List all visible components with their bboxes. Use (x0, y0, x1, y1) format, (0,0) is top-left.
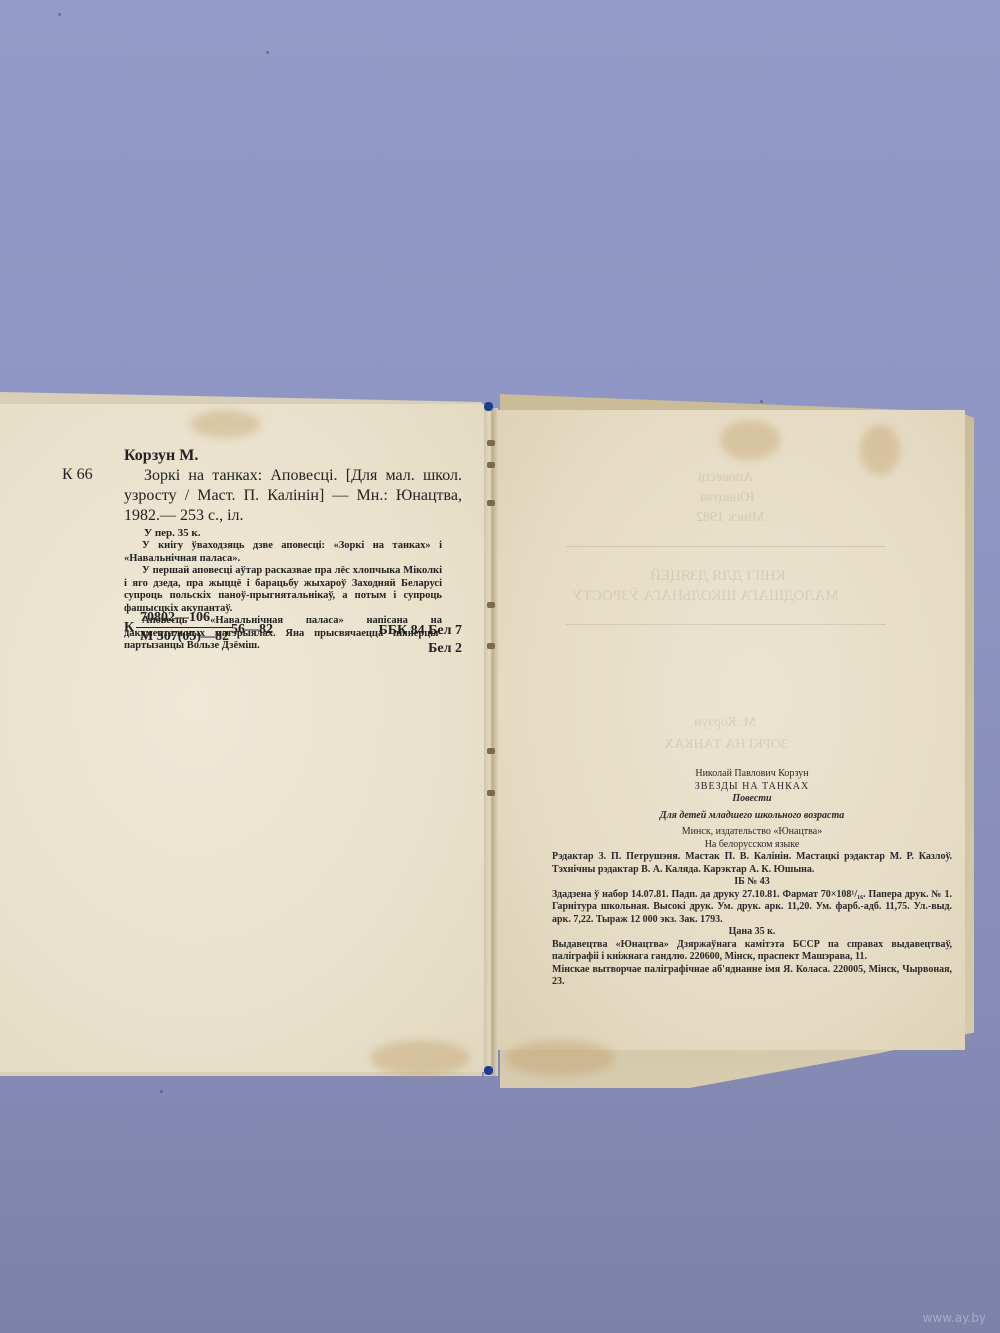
bleed-through-rule (566, 546, 886, 547)
dust-speck (160, 1090, 163, 1093)
colophon-price: Цана 35 к. (552, 926, 952, 939)
dust-speck (266, 51, 269, 54)
stitch (487, 462, 495, 468)
code-series: 56—82 (231, 622, 273, 638)
colophon-ib-number: ІБ № 43 (552, 876, 952, 889)
annotation-paragraph: У першай аповесці аўтар расказвае пра лё… (124, 565, 442, 615)
colophon-print-details: Здадзена ў набор 14.07.81. Падп. да друк… (552, 889, 952, 927)
water-stain (505, 1040, 615, 1076)
colophon-title: ЗВЕЗДЫ НА ТАНКАХ (552, 781, 952, 794)
bleed-through-text: Юнацтва (700, 490, 754, 506)
bleed-through-rule (566, 624, 886, 625)
colophon-publisher: Минск, издательство «Юнацтва» (552, 826, 952, 839)
code-prefix: К (124, 620, 134, 636)
code-numerator: 70802—106 (136, 610, 233, 628)
stitch (487, 500, 495, 506)
bleed-through-text: Мінск 1982 (696, 510, 764, 526)
stitch (487, 643, 495, 649)
code-fraction: 70802—106 М 307(05)—82 (136, 610, 233, 645)
catalog-index: К 66 (62, 466, 93, 484)
colophon-audience: Для детей младшего школьного возраста (552, 810, 952, 823)
colophon-genre: Повести (552, 793, 952, 806)
bleed-through-text: Аповесці (698, 470, 753, 486)
colophon-language: На белорусском языке (552, 839, 952, 852)
water-stain (370, 1040, 470, 1076)
colophon-author: Николай Павлович Корзун (552, 768, 952, 781)
colophon-printer-address: Мінскае вытворчае паліграфічнае аб'яднан… (552, 964, 952, 989)
catalog-price: У пер. 35 к. (144, 527, 201, 539)
bleed-through-text: ЗОРКІ НА ТАНКАХ (664, 737, 788, 753)
stitch (487, 790, 495, 796)
colophon-credits: Рэдактар З. П. Петрушэня. Мастак П. В. К… (552, 851, 952, 876)
annotation-paragraph: У кнігу ўваходзяць дзве аповесці: «Зоркі… (124, 540, 442, 565)
catalog-title-entry: Зоркі на танках: Аповесці. [Для мал. шко… (124, 466, 462, 526)
bleed-through-text: КНІГІ ДЛЯ ДЗЯЦЕЙ (650, 568, 786, 585)
bbk-line-2: Бел 2 (379, 640, 463, 658)
water-stain (720, 420, 780, 460)
bbk-code: ББК 84 Бел 7 Бел 2 (379, 622, 463, 658)
colophon-publisher-address: Выдавецтва «Юнацтва» Дзяржаўнага камітэт… (552, 939, 952, 964)
bleed-through-text: М. Корзун (694, 715, 756, 731)
colophon: Николай Павлович Корзун ЗВЕЗДЫ НА ТАНКАХ… (552, 768, 952, 989)
stitch (487, 440, 495, 446)
binding-thread-top (484, 402, 493, 411)
bleed-through-text: МАЛОДШАГА ШКОЛЬНАГА ЎЗРОСТУ (572, 588, 839, 605)
bbk-line-1: ББК 84 Бел 7 (379, 622, 463, 640)
code-denominator: М 307(05)—82 (136, 628, 233, 645)
book-spine-gutter (484, 408, 498, 1076)
dust-speck (58, 13, 61, 16)
water-stain (860, 425, 900, 475)
water-stain (190, 410, 260, 438)
stitch (487, 602, 495, 608)
dust-speck (760, 400, 763, 403)
binding-thread-bottom (484, 1066, 493, 1075)
catalog-author: Корзун М. (124, 447, 198, 465)
stitch (487, 748, 495, 754)
watermark: www.ay.by (923, 1311, 986, 1325)
